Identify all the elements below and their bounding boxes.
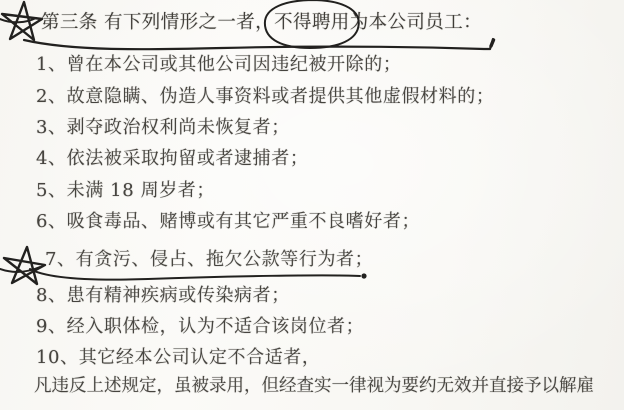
- closing-sentence: 凡违反上述规定，虽被录用，但经查实一律视为要约无效并直接予以解雇: [34, 376, 594, 397]
- clause-item-1: 1、曾在本公司或其他公司因违纪被开除的；: [36, 54, 401, 75]
- star-annotation-item-7: [0, 244, 48, 288]
- clause-item-3: 3、剥夺政治权利尚未恢复者；: [36, 117, 290, 138]
- article-heading: 第三条 有下列情形之一者， 不得聘用为本公司员工：: [41, 12, 482, 33]
- circled-phrase: 不得聘用: [274, 12, 350, 33]
- clause-item-4: 4、依法被采取拘留或者逮捕者；: [36, 148, 308, 169]
- circled-text: 不得聘用: [274, 12, 350, 33]
- scanned-document-page: 第三条 有下列情形之一者， 不得聘用为本公司员工： 1、曾在本公司或其他公司因违…: [0, 0, 624, 410]
- clause-item-8: 8、患有精神疾病或传染病者；: [36, 285, 290, 306]
- heading-suffix: 为本公司员工：: [350, 12, 482, 33]
- clause-item-6: 6、吸食毒品、赌博或有其它严重不良嗜好者；: [36, 211, 420, 232]
- clause-item-9: 9、经入职体检，认为不适合该岗位者；: [36, 316, 364, 337]
- star-annotation-top: [0, 0, 46, 44]
- heading-prefix: 第三条 有下列情形之一者，: [41, 12, 274, 33]
- clause-item-5: 5、未满 18 周岁者；: [36, 180, 215, 201]
- clause-item-7: 7、有贪污、侵占、拖欠公款等行为者；: [45, 249, 373, 270]
- clause-item-2: 2、故意隐瞒、伪造人事资料或者提供其他虚假材料的；: [36, 86, 494, 107]
- clause-item-10: 10、其它经本公司认定不合适者，: [36, 347, 321, 368]
